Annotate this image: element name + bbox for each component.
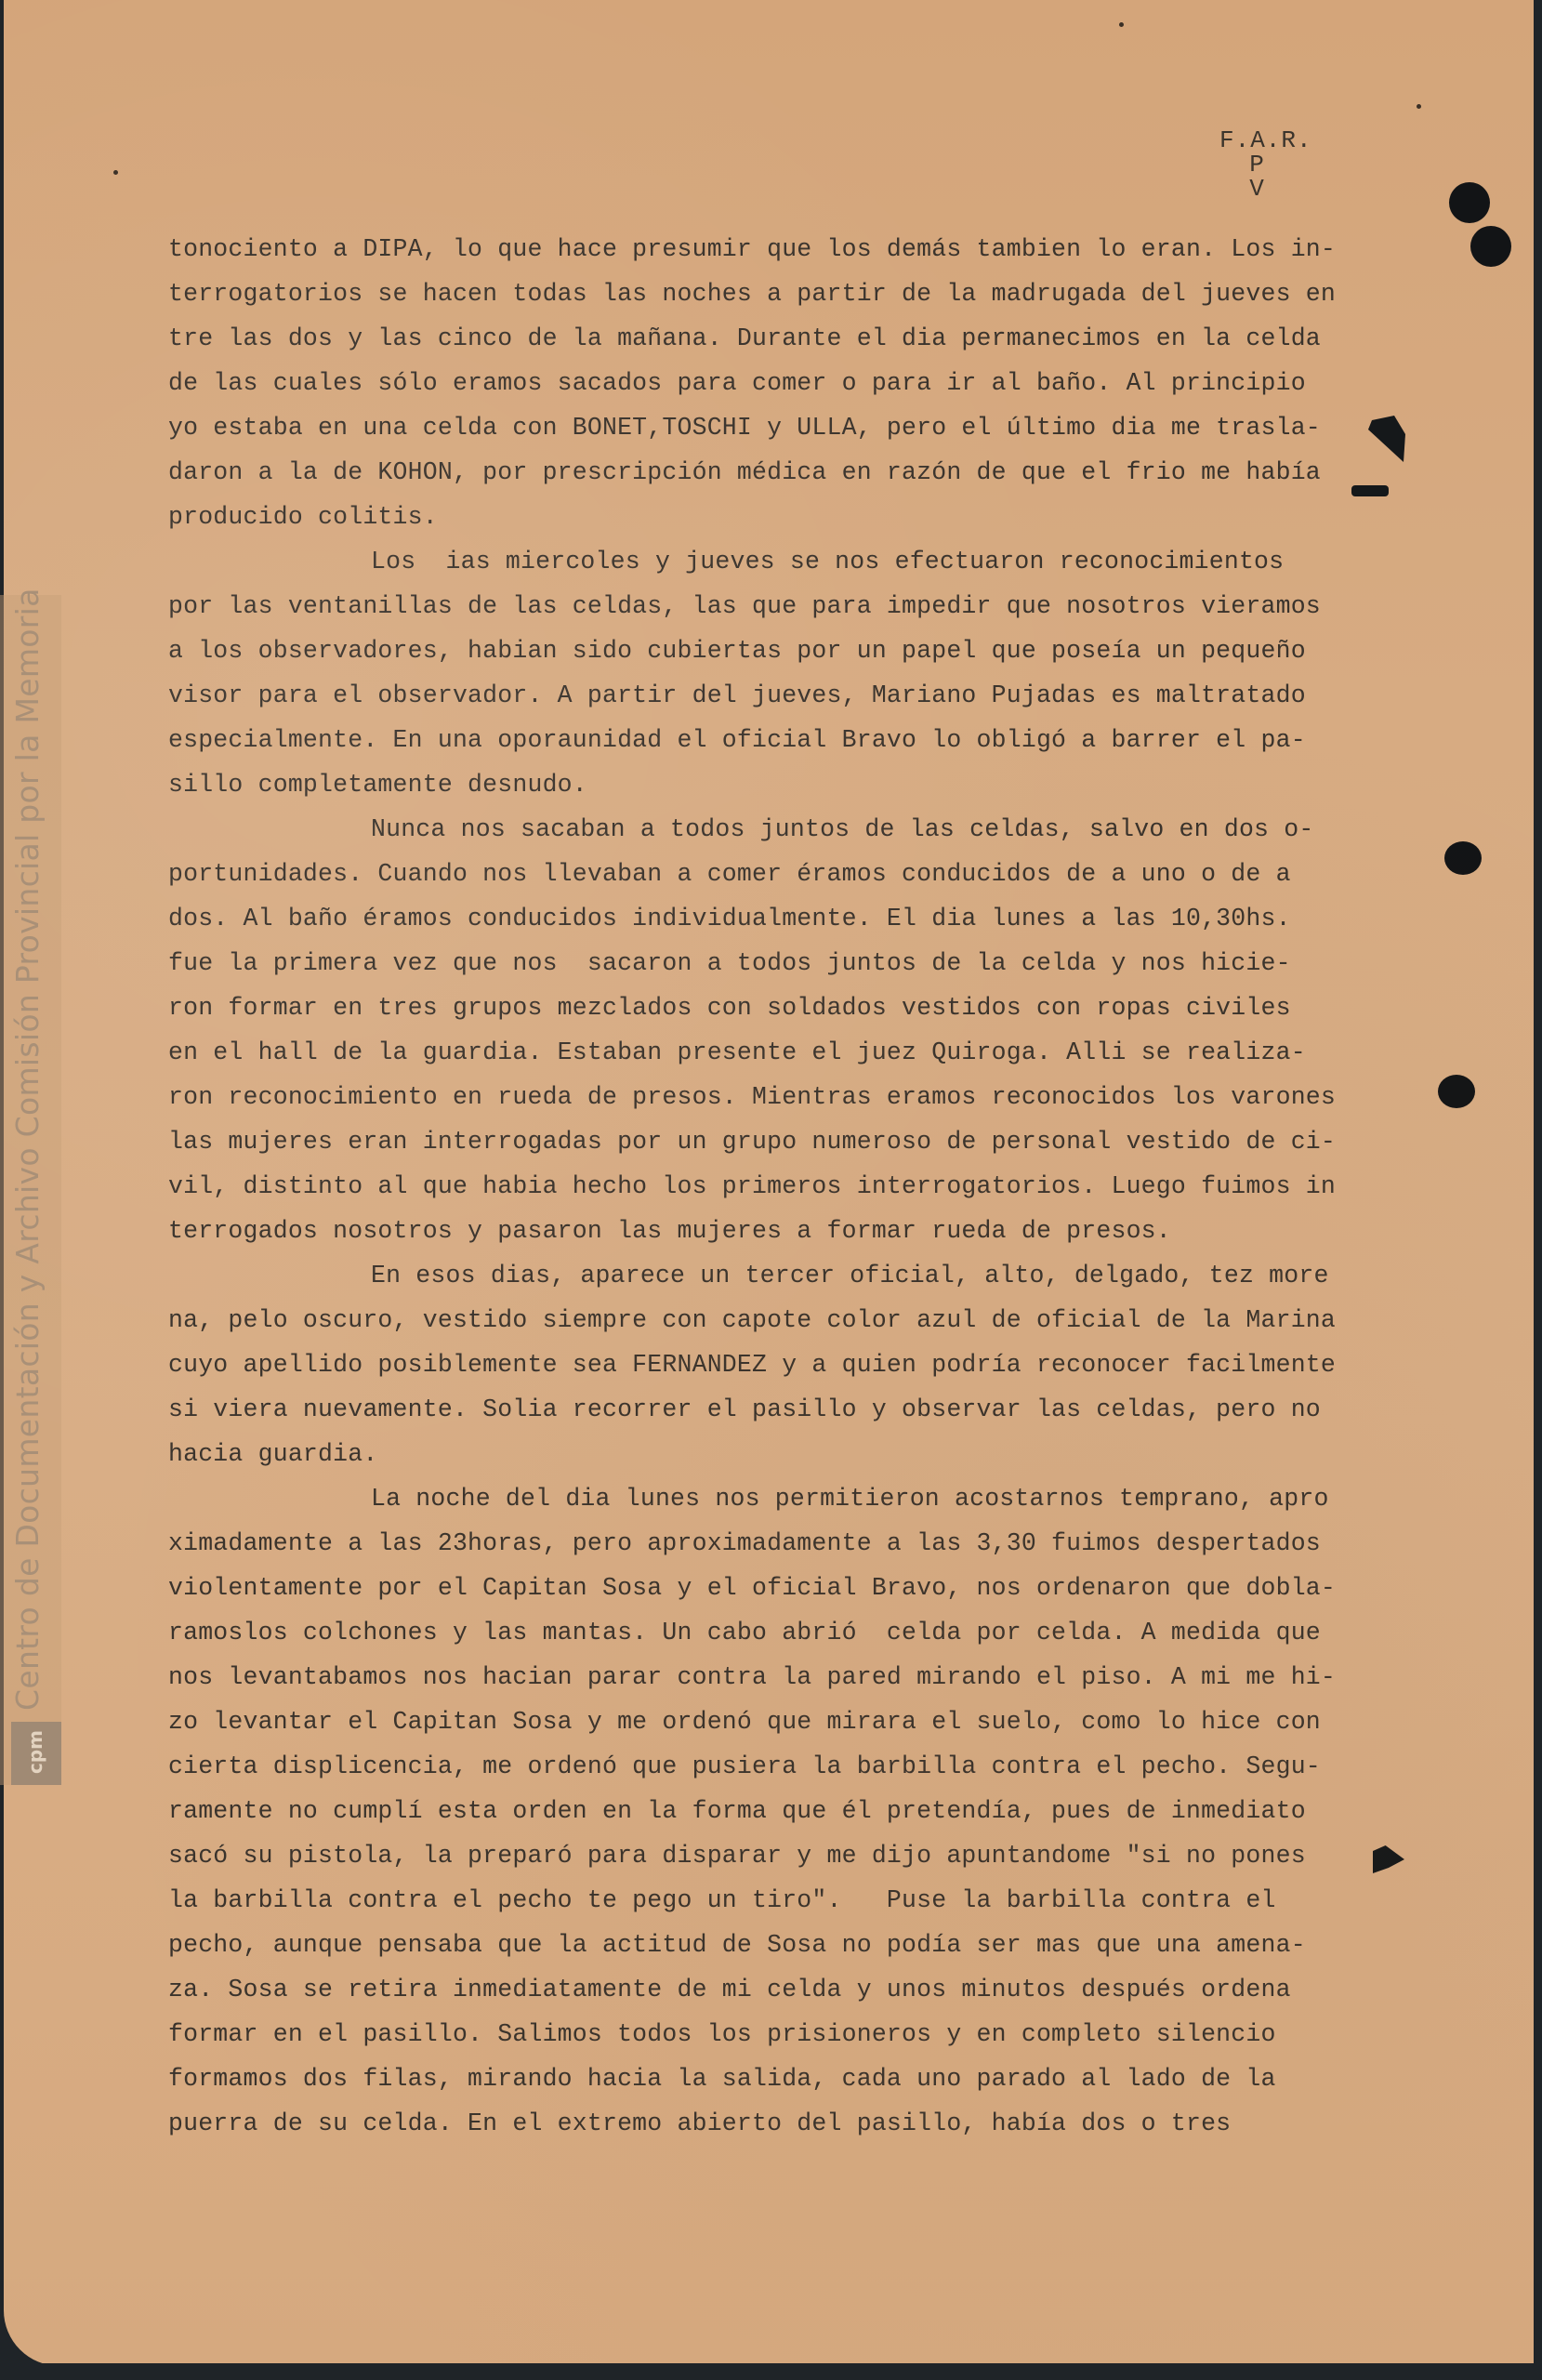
text-line: ron formar en tres grupos mezclados con … xyxy=(168,985,1330,1030)
text-line: nos levantabamos nos hacian parar contra… xyxy=(168,1655,1330,1699)
cpm-logo-text: cpm xyxy=(24,1730,46,1774)
text-line: formar en el pasillo. Salimos todos los … xyxy=(168,2012,1330,2056)
text-line: ramoslos colchones y las mantas. Un cabo… xyxy=(168,1610,1330,1655)
paper-tear-icon xyxy=(1351,485,1389,496)
text-line: ramente no cumplí esta orden en la forma… xyxy=(168,1789,1330,1833)
ink-speck xyxy=(113,170,118,175)
text-line: dos. Al baño éramos conducidos individua… xyxy=(168,896,1330,941)
ink-speck xyxy=(1119,22,1124,27)
text-line: si viera nuevamente. Solia recorrer el p… xyxy=(168,1387,1330,1432)
text-line: portunidades. Cuando nos llevaban a come… xyxy=(168,852,1330,896)
text-line: cierta displicencia, me ordenó que pusie… xyxy=(168,1744,1330,1789)
text-line: violentamente por el Capitan Sosa y el o… xyxy=(168,1566,1330,1610)
text-line: hacia guardia. xyxy=(168,1432,1330,1476)
text-line: producido colitis. xyxy=(168,495,1330,539)
text-line: cuyo apellido posiblemente sea FERNANDEZ… xyxy=(168,1342,1330,1387)
text-line: tre las dos y las cinco de la mañana. Du… xyxy=(168,316,1330,361)
text-line: visor para el observador. A partir del j… xyxy=(168,673,1330,718)
header-mark-v: V xyxy=(1247,177,1266,201)
ink-speck xyxy=(1417,104,1421,109)
text-line: pecho, aunque pensaba que la actitud de … xyxy=(168,1923,1330,1967)
punch-hole-icon xyxy=(1470,226,1511,267)
text-line: ron reconocimiento en rueda de presos. M… xyxy=(168,1075,1330,1119)
scan-bottom-edge xyxy=(0,2363,1542,2380)
text-line: puerra de su celda. En el extremo abiert… xyxy=(168,2101,1330,2146)
text-line: terrogados nosotros y pasaron las mujere… xyxy=(168,1209,1330,1253)
text-line: Los ias miercoles y jueves se nos efectu… xyxy=(168,539,1330,584)
text-line: terrogatorios se hacen todas las noches … xyxy=(168,271,1330,316)
paper-tear-icon xyxy=(1373,1845,1404,1873)
text-line: tonociento a DIPA, lo que hace presumir … xyxy=(168,227,1330,271)
text-line: na, pelo oscuro, vestido siempre con cap… xyxy=(168,1298,1330,1342)
text-line: sacó su pistola, la preparó para dispara… xyxy=(168,1833,1330,1878)
text-line: especialmente. En una oporaunidad el ofi… xyxy=(168,718,1330,762)
text-line: sillo completamente desnudo. xyxy=(168,762,1330,807)
cpm-logo-badge: cpm xyxy=(11,1722,61,1785)
text-line: la barbilla contra el pecho te pego un t… xyxy=(168,1878,1330,1923)
text-line: fue la primera vez que nos sacaron a tod… xyxy=(168,941,1330,985)
punch-hole-icon xyxy=(1444,841,1482,875)
text-line: yo estaba en una celda con BONET,TOSCHI … xyxy=(168,405,1330,450)
text-line: En esos dias, aparece un tercer oficial,… xyxy=(168,1253,1330,1298)
text-line: formamos dos filas, mirando hacia la sal… xyxy=(168,2056,1330,2101)
text-line: zo levantar el Capitan Sosa y me ordenó … xyxy=(168,1699,1330,1744)
text-line: en el hall de la guardia. Estaban presen… xyxy=(168,1030,1330,1075)
text-line: por las ventanillas de las celdas, las q… xyxy=(168,584,1330,628)
text-line: za. Sosa se retira inmediatamente de mi … xyxy=(168,1967,1330,2012)
archive-watermark-text: Centro de Documentación y Archivo Comisi… xyxy=(9,588,46,1711)
document-page: F.A.R. P V tonociento a DIPA, lo que hac… xyxy=(4,0,1534,2366)
punch-hole-icon xyxy=(1449,182,1490,223)
text-line: las mujeres eran interrogadas por un gru… xyxy=(168,1119,1330,1164)
text-line: Nunca nos sacaban a todos juntos de las … xyxy=(168,807,1330,852)
punch-hole-icon xyxy=(1438,1075,1475,1108)
text-line: vil, distinto al que habia hecho los pri… xyxy=(168,1164,1330,1209)
text-line: ximadamente a las 23horas, pero aproxima… xyxy=(168,1521,1330,1566)
paper-tear-icon xyxy=(1368,416,1405,462)
header-mark-far: F.A.R. xyxy=(1219,126,1312,154)
text-line: de las cuales sólo eramos sacados para c… xyxy=(168,361,1330,405)
text-line: a los observadores, habian sido cubierta… xyxy=(168,628,1330,673)
text-line: La noche del dia lunes nos permitieron a… xyxy=(168,1476,1330,1521)
document-header-mark: F.A.R. P V xyxy=(1219,128,1312,201)
text-line: daron a la de KOHON, por prescripción mé… xyxy=(168,450,1330,495)
typed-testimony-text: tonociento a DIPA, lo que hace presumir … xyxy=(168,227,1330,2146)
header-mark-p: P xyxy=(1247,152,1266,177)
